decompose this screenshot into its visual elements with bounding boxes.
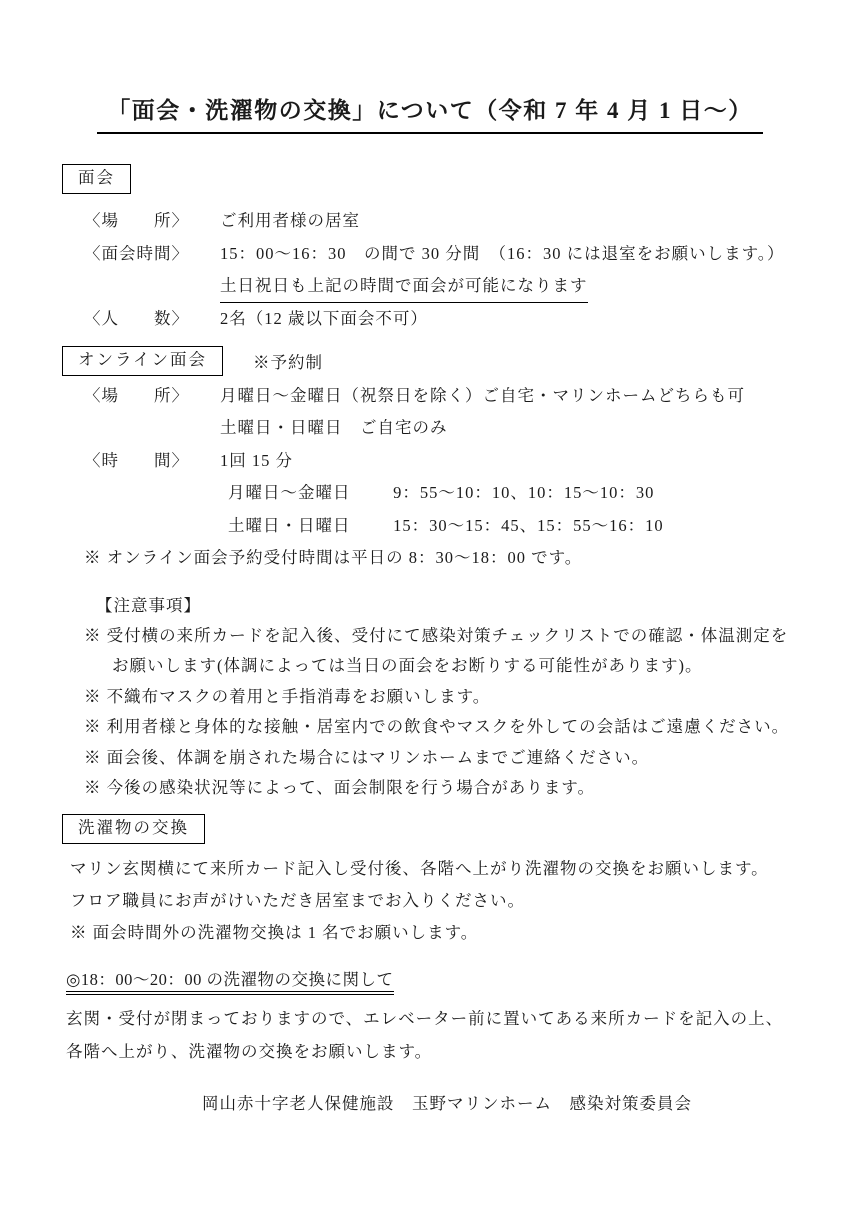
meeting-place-value: ご利用者様の居室	[220, 205, 360, 238]
meeting-time-value: 15：00～16：30 の間で 30 分間 （16：30 には退室をお願いします…	[220, 238, 785, 271]
online-place-weekday: 月曜日～金曜日（祝祭日を除く）ご自宅・マリンホームどちらも可	[220, 380, 745, 413]
evening-line: 各階へ上がり、洗濯物の交換をお願いします。	[66, 1035, 860, 1068]
online-place-weekend: 土曜日・日曜日 ご自宅のみ	[220, 412, 448, 445]
section-meeting: 面会 〈場 所〉 ご利用者様の居室 〈面会時間〉 15：00～16：30 の間で…	[62, 164, 860, 336]
section-laundry: 洗濯物の交換 マリン玄関横にて来所カード記入し受付後、各階へ上がり洗濯物の交換を…	[62, 814, 860, 949]
evening-line: 玄関・受付が閉まっておりますので、エレベーター前に置いてある来所カードを記入の上…	[66, 1002, 860, 1035]
notice-document-page: 「面会・洗濯物の交換」について（令和 7 年 4 月 1 日～） 面会 〈場 所…	[0, 0, 860, 1231]
online-weekend-schedule: 土曜日・日曜日 15：30～15：45、15：55～16：10	[228, 510, 860, 543]
online-weekend-times: 15：30～15：45、15：55～16：10	[393, 516, 664, 535]
online-heading-row: オンライン面会 ※予約制	[62, 346, 860, 376]
online-reservation-note: ※予約制	[253, 349, 323, 373]
laundry-note: ※ 面会時間外の洗濯物交換は 1 名でお願いします。	[70, 917, 860, 949]
section-heading-laundry: 洗濯物の交換	[62, 814, 205, 844]
footer-row: 岡山赤十字老人保健施設 玉野マリンホーム 感染対策委員会	[0, 1090, 860, 1114]
laundry-body: マリン玄関横にて来所カード記入し受付後、各階へ上がり洗濯物の交換をお願いします。…	[70, 853, 860, 949]
online-reservation-hours-note: ※ オンライン面会予約受付時間は平日の 8：30～18：00 です。	[84, 542, 860, 575]
issuer-signature: 岡山赤十字老人保健施設 玉野マリンホーム 感染対策委員会	[202, 1094, 692, 1113]
section-online: オンライン面会 ※予約制 〈場 所〉 月曜日～金曜日（祝祭日を除く）ご自宅・マリ…	[62, 346, 860, 575]
meeting-people-label: 〈人 数〉	[84, 303, 196, 336]
online-weekday-times: 9：55～10：10、10：15～10：30	[393, 483, 654, 502]
meeting-body: 〈場 所〉 ご利用者様の居室 〈面会時間〉 15：00～16：30 の間で 30…	[84, 205, 860, 336]
meeting-place-label: 〈場 所〉	[84, 205, 196, 238]
online-time-row: 〈時 間〉 1回 15 分	[84, 445, 860, 478]
section-heading-online: オンライン面会	[62, 346, 223, 376]
caution-item: ※ 利用者様と身体的な接触・居室内での飲食やマスクを外しての会話はご遠慮ください…	[84, 712, 860, 743]
title-row: 「面会・洗濯物の交換」について（令和 7 年 4 月 1 日～）	[0, 0, 860, 134]
online-place-weekend-spacer	[84, 412, 196, 445]
meeting-time-note-spacer	[84, 270, 196, 303]
page-title: 「面会・洗濯物の交換」について（令和 7 年 4 月 1 日～）	[97, 92, 763, 134]
caution-item: ※ 受付横の来所カードを記入後、受付にて感染対策チェックリストでの確認・体温測定…	[84, 621, 860, 652]
cautions-heading: 【注意事項】	[96, 591, 860, 621]
caution-item: ※ 面会後、体調を崩された場合にはマリンホームまでご連絡ください。	[84, 743, 860, 774]
laundry-line: フロア職員にお声がけいただき居室までお入りください。	[70, 885, 860, 917]
online-time-label: 〈時 間〉	[84, 445, 196, 478]
meeting-time-row: 〈面会時間〉 15：00～16：30 の間で 30 分間 （16：30 には退室…	[84, 238, 860, 271]
online-body: 〈場 所〉 月曜日～金曜日（祝祭日を除く）ご自宅・マリンホームどちらも可 土曜日…	[84, 380, 860, 575]
caution-item-continuation: お願いします(体調によっては当日の面会をお断りする可能性があります)。	[112, 651, 860, 682]
meeting-time-note: 土日祝日も上記の時間で面会が可能になります	[220, 271, 588, 303]
meeting-time-label: 〈面会時間〉	[84, 238, 196, 271]
meeting-time-note-row: 土日祝日も上記の時間で面会が可能になります	[84, 270, 860, 303]
section-heading-meeting: 面会	[62, 164, 131, 194]
evening-body: 玄関・受付が閉まっておりますので、エレベーター前に置いてある来所カードを記入の上…	[66, 1002, 860, 1068]
meeting-place-row: 〈場 所〉 ご利用者様の居室	[84, 205, 860, 238]
online-place-weekend-row: 土曜日・日曜日 ご自宅のみ	[84, 412, 860, 445]
section-cautions: 【注意事項】 ※ 受付横の来所カードを記入後、受付にて感染対策チェックリストでの…	[84, 591, 860, 804]
section-evening-laundry: ◎18：00～20：00 の洗濯物の交換に関して 玄関・受付が閉まっておりますの…	[66, 966, 860, 1068]
evening-heading: ◎18：00～20：00 の洗濯物の交換に関して	[66, 966, 394, 995]
laundry-line: マリン玄関横にて来所カード記入し受付後、各階へ上がり洗濯物の交換をお願いします。	[70, 853, 860, 885]
meeting-people-value: 2名（12 歳以下面会不可）	[220, 303, 428, 336]
caution-item: ※ 不織布マスクの着用と手指消毒をお願いします。	[84, 682, 860, 713]
online-time-value: 1回 15 分	[220, 445, 293, 478]
caution-item: ※ 今後の感染状況等によって、面会制限を行う場合があります。	[84, 773, 860, 804]
meeting-time-note-wrap: 土日祝日も上記の時間で面会が可能になります	[220, 270, 588, 303]
online-place-label: 〈場 所〉	[84, 380, 196, 413]
online-weekday-schedule: 月曜日～金曜日 9：55～10：10、10：15～10：30	[228, 477, 860, 510]
meeting-people-row: 〈人 数〉 2名（12 歳以下面会不可）	[84, 303, 860, 336]
online-place-row: 〈場 所〉 月曜日～金曜日（祝祭日を除く）ご自宅・マリンホームどちらも可	[84, 380, 860, 413]
online-weekend-label: 土曜日・日曜日	[228, 510, 388, 543]
online-weekday-label: 月曜日～金曜日	[228, 477, 388, 510]
